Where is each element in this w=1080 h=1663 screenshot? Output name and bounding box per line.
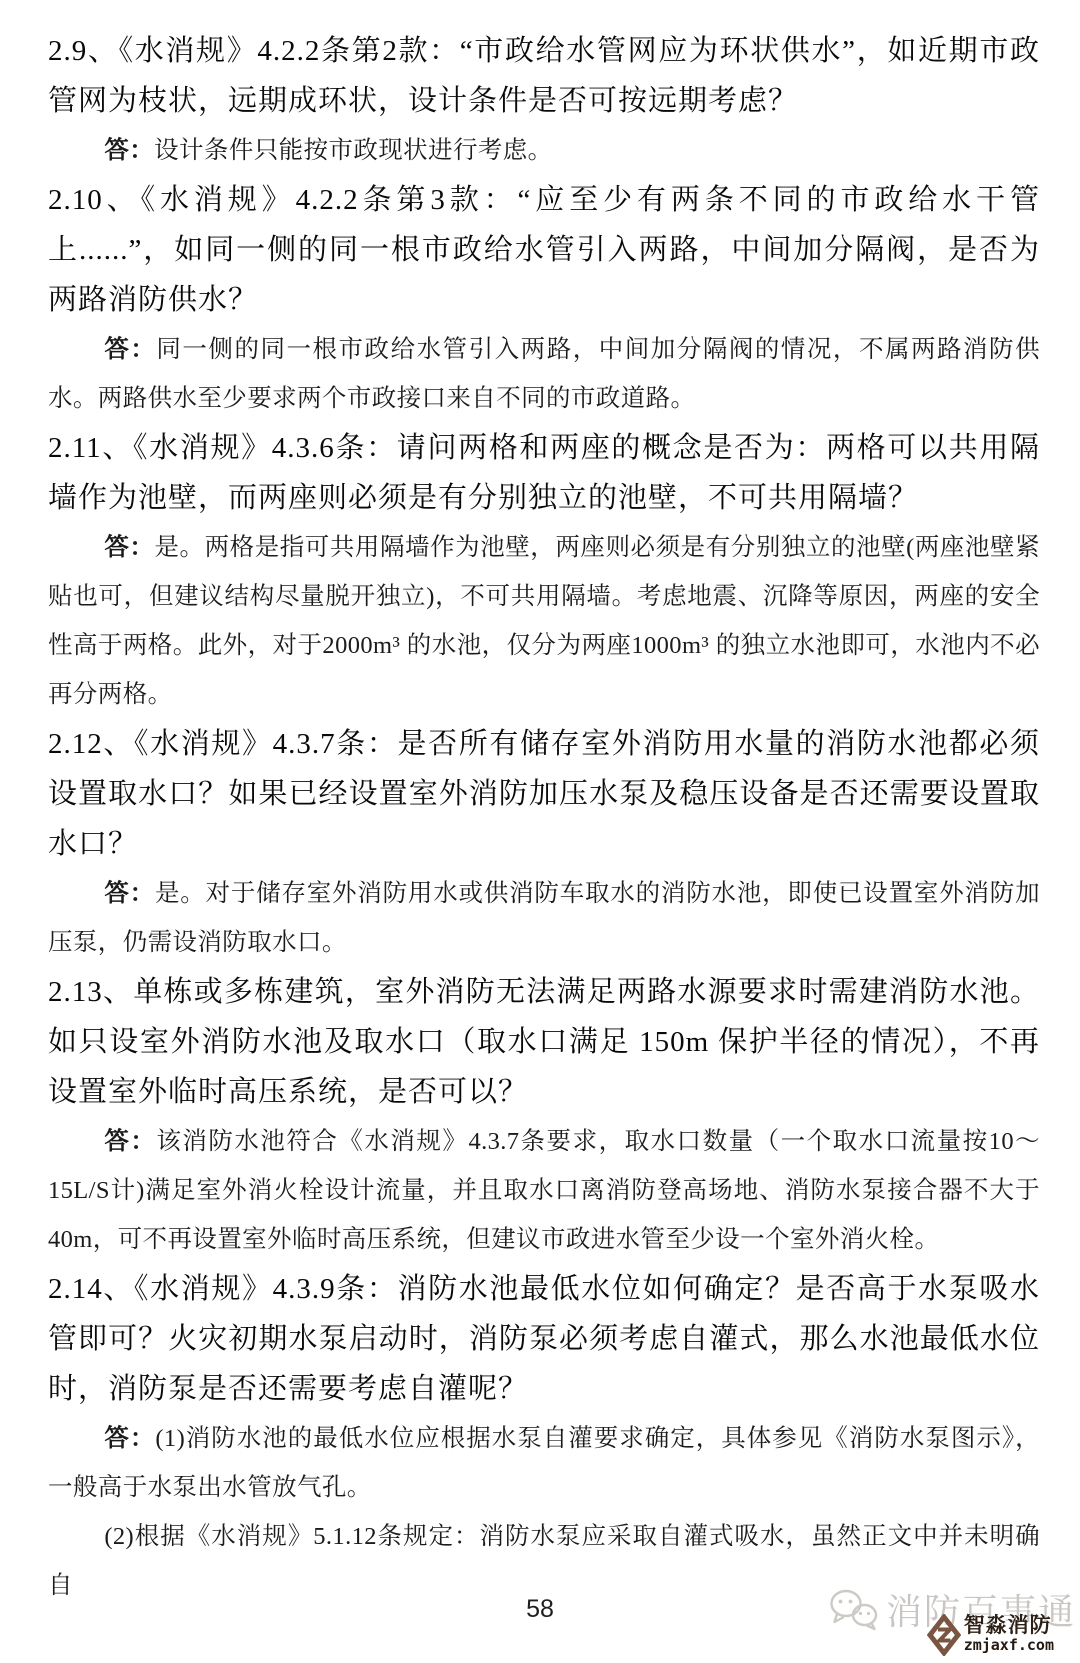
answer-label: 答： [104, 880, 155, 907]
answer-label: 答： [104, 534, 154, 561]
answer-label: 答： [104, 137, 154, 164]
question-2-11: 2.11、《水消规》4.3.6条：请问两格和两座的概念是否为：两格可以共用隔墙作… [48, 423, 1040, 523]
question-2-13: 2.13、单栋或多栋建筑，室外消防无法满足两路水源要求时需建消防水池。如只设室外… [48, 967, 1040, 1117]
answer-label: 答： [104, 1425, 155, 1452]
answer-text: 设计条件只能按市政现状进行考虑。 [154, 137, 552, 164]
answer-text: 该消防水池符合《水消规》4.3.7条要求，取水口数量（一个取水口流量按10～15… [48, 1128, 1040, 1253]
question-2-9: 2.9、《水消规》4.2.2条第2款：“市政给水管网应为环状供水”，如近期市政管… [48, 26, 1040, 126]
zhimiao-watermark: 智淼消防 zmjaxf.com [927, 1614, 1054, 1656]
answer-2-13: 答：该消防水池符合《水消规》4.3.7条要求，取水口数量（一个取水口流量按10～… [48, 1117, 1040, 1264]
answer-text: 是。两格是指可共用隔墙作为池壁，两座则必须是有分别独立的池壁(两座池壁紧贴也可，… [48, 534, 1040, 708]
question-2-14: 2.14、《水消规》4.3.9条：消防水池最低水位如何确定？是否高于水泵吸水管即… [48, 1264, 1040, 1414]
question-2-10: 2.10、《水消规》4.2.2条第3款：“应至少有两条不同的市政给水干管上...… [48, 175, 1040, 325]
answer-2-14-part1: 答：(1)消防水池的最低水位应根据水泵自灌要求确定，具体参见《消防水泵图示》，一… [48, 1414, 1040, 1512]
question-2-12: 2.12、《水消规》4.3.7条：是否所有储存室外消防用水量的消防水池都必须设置… [48, 719, 1040, 869]
answer-label: 答： [104, 1128, 156, 1155]
answer-text: 是。对于储存室外消防用水或供消防车取水的消防水池，即使已设置室外消防加压泵，仍需… [48, 880, 1040, 956]
answer-text: (1)消防水池的最低水位应根据水泵自灌要求确定，具体参见《消防水泵图示》，一般高… [48, 1425, 1040, 1501]
zhimiao-site: zmjaxf.com [964, 1637, 1054, 1654]
answer-text: 同一侧的同一根市政给水管引入两路，中间加分隔阀的情况，不属两路消防供水。两路供水… [48, 336, 1040, 412]
chat-bubbles-icon [828, 1587, 880, 1633]
answer-2-10: 答：同一侧的同一根市政给水管引入两路，中间加分隔阀的情况，不属两路消防供水。两路… [48, 325, 1040, 423]
answer-label: 答： [104, 336, 156, 363]
zhimiao-name: 智淼消防 [964, 1614, 1052, 1637]
answer-2-9: 答：设计条件只能按市政现状进行考虑。 [48, 126, 1040, 175]
scanned-document-page: 2.9、《水消规》4.2.2条第2款：“市政给水管网应为环状供水”，如近期市政管… [0, 0, 1080, 1663]
answer-2-12: 答：是。对于储存室外消防用水或供消防车取水的消防水池，即使已设置室外消防加压泵，… [48, 869, 1040, 967]
qa-content: 2.9、《水消规》4.2.2条第2款：“市政给水管网应为环状供水”，如近期市政管… [48, 26, 1040, 1610]
answer-2-11: 答：是。两格是指可共用隔墙作为池壁，两座则必须是有分别独立的池壁(两座池壁紧贴也… [48, 523, 1040, 719]
zhimiao-logo-icon [927, 1614, 961, 1656]
